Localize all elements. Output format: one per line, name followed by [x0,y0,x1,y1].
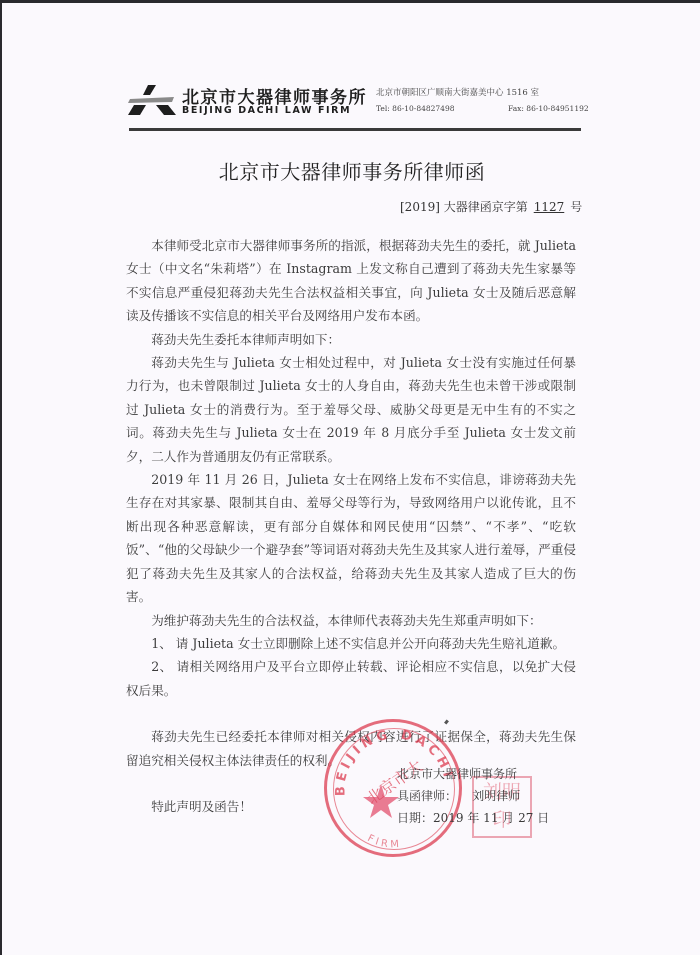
svg-text:FIRM: FIRM [366,833,403,851]
signature-block: 北京市大器律师事务所 具函律师： 刘明律师 日期：2019 年 11 月 27 … [397,763,549,829]
reference-prefix: [2019] 大器律函京字第 [400,200,528,214]
page-bottom-margin [0,955,700,970]
signature-lawyer: 具函律师： 刘明律师 [397,785,549,807]
document-title: 北京市大器律师事务所律师函 [2,156,700,185]
paragraph-allegations: 2019 年 11 月 26 日，Julieta 女士在网络上发布不实信息，诽谤… [126,468,576,608]
signature-date: 日期：2019 年 11 月 27 日 [397,807,549,829]
lawyer-label: 具函律师： [397,789,457,803]
paragraph-demand-2: 2、 请相关网络用户及平台立即停止转载、评论相应不实信息，以免扩大侵权后果。 [126,655,576,702]
firm-fax: Fax: 86-10-84951192 [508,104,589,113]
lawyer-name: 刘明律师 [472,789,520,803]
firm-name-en: BEIJING DACHI LAW FIRM [182,105,351,116]
paragraph-intro: 本律师受北京市大器律师事务所的指派，根据蒋劲夫先生的委托，就 Julieta 女… [126,234,576,328]
letterhead: 北京市大器律师事务所 BEIJING DACHI LAW FIRM 北京市朝阳区… [128,81,588,121]
reference-number-value: 1127 [528,200,571,214]
paragraph-facts: 蒋劲夫先生与 Julieta 女士相处过程中，对 Julieta 女士没有实施过… [126,351,576,468]
paragraph-demand-1: 1、 请 Julieta 女士立即删除上述不实信息并公开向蒋劲夫先生赔礼道歉。 [126,632,576,655]
reference-suffix: 号 [570,200,582,214]
paragraph-declaration-lead: 蒋劲夫先生委托本律师声明如下： [126,328,576,351]
reference-number: [2019] 大器律函京字第1127号 [400,198,582,215]
date-value: 2019 年 11 月 27 日 [433,811,549,825]
paragraph-demands-lead: 为维护蒋劲夫先生的合法权益，本律师代表蒋劲夫先生郑重声明如下： [126,609,576,632]
firm-tel: Tel: 86-10-84827498 [376,104,455,113]
law-firm-logo-icon [128,85,176,115]
date-label: 日期： [397,811,433,825]
document-page: 北京市大器律师事务所 BEIJING DACHI LAW FIRM 北京市朝阳区… [0,0,700,955]
letterhead-divider [129,128,581,131]
signature-firm: 北京市大器律师事务所 [397,763,549,785]
firm-address: 北京市朝阳区广顺南大街嘉美中心 1516 室 [376,86,539,98]
